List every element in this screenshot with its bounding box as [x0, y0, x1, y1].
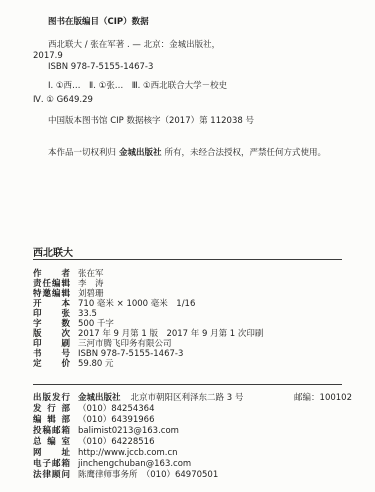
contact-row-legal-counsel: 法律顾问陈鹰律师事务所 （010）64970501: [33, 468, 352, 479]
divider-bottom: [33, 384, 342, 385]
rights-suffix: 所有，未经合法授权，严禁任何方式使用。: [165, 148, 327, 158]
colophon-row-edition: 版次2017 年 9 月第 1 版 2017 年 9 月第 1 次印刷: [33, 327, 352, 337]
colophon-row-format: 开本710 毫米 × 1000 毫米 1/16: [33, 297, 352, 307]
colophon-row-guest-editor: 特邀编辑刘碧珊: [33, 287, 352, 297]
cip-record-number: 中国版本图书馆 CIP 数据核字（2017）第 112038 号: [48, 116, 254, 127]
cip-classification-line2: Ⅳ. ① G649.29: [33, 95, 93, 106]
contact-row-editorial: 编辑部（010）64391966: [33, 413, 352, 424]
colophon-row-wordcount: 字数500 千字: [33, 317, 352, 327]
cip-heading: 图书在版编目（CIP）数据: [48, 17, 149, 28]
colophon-row-price: 定价59.80 元: [33, 357, 352, 367]
book-title: 西北联大: [33, 244, 73, 259]
divider-top: [33, 259, 342, 260]
contact-row-distribution: 发行部（010）84254364: [33, 402, 352, 413]
colophon-row-isbn: 书号ISBN 978-7-5155-1467-3: [33, 347, 352, 357]
publisher-issue-row: 出版发行 金城出版社 北京市朝阳区利泽东二路 3 号 邮编：100102: [33, 391, 352, 402]
row-value: 710 毫米 × 1000 毫米 1/16: [78, 297, 195, 309]
cip-classification-line1: Ⅰ. ①西… Ⅱ. ①张… Ⅲ. ①西北联合大学－校史: [48, 81, 227, 92]
row-label: 法律顾问: [33, 468, 70, 480]
copyright-page: 图书在版编目（CIP）数据 西北联大 / 张在军著 . — 北京：金城出版社， …: [0, 0, 375, 492]
colophon-rows: 作者张在军 责任编辑李 涛 特邀编辑刘碧珊 开本710 毫米 × 1000 毫米…: [33, 267, 352, 367]
rights-prefix: 本作品一切权利归: [48, 148, 116, 158]
rights-statement: 本作品一切权利归金城出版社所有，未经合法授权，严禁任何方式使用。: [48, 148, 326, 159]
publisher-contact-rows: 出版发行 金城出版社 北京市朝阳区利泽东二路 3 号 邮编：100102 发行部…: [33, 391, 352, 479]
contact-row-submission-email: 投稿邮箱balimist0213@163.com: [33, 424, 352, 435]
row-value: 陈鹰律师事务所 （010）64970501: [78, 468, 218, 480]
colophon-row-author: 作者张在军: [33, 267, 352, 277]
row-label: 定价: [33, 357, 70, 369]
cip-isbn: ISBN 978-7-5155-1467-3: [48, 62, 153, 73]
cip-biblio-line1: 西北联大 / 张在军著 . — 北京：金城出版社，: [48, 40, 220, 51]
cip-biblio-line2: 2017.9: [33, 51, 63, 62]
colophon-row-editor: 责任编辑李 涛: [33, 277, 352, 287]
contact-row-chief-office: 总编室（010）64228516: [33, 435, 352, 446]
row-value: 三河市腾飞印务有限公司: [78, 337, 172, 349]
row-value: 59.80 元: [78, 357, 114, 369]
contact-row-website: 网址http://www.jccb.com.cn: [33, 446, 352, 457]
contact-row-email: 电子邮箱jinchengchuban@163.com: [33, 457, 352, 468]
rights-publisher-name: 金城出版社: [119, 148, 162, 158]
